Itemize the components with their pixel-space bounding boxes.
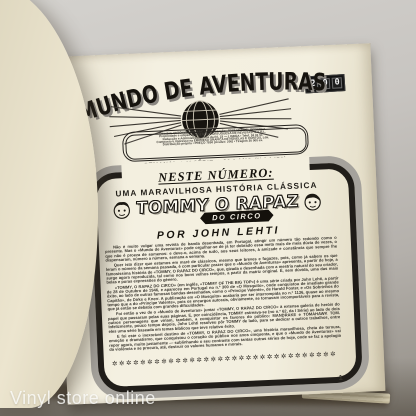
magazine-first-page: 11 2 0 0 MUNDO DE AVENTURAS MUNDO DE AVE… — [53, 43, 386, 405]
tommy-face-left-icon — [111, 200, 131, 220]
watermark: Vinyl store online — [10, 388, 156, 409]
page-number: 1 — [339, 375, 343, 382]
magazine-photo: 11 2 0 0 MUNDO DE AVENTURAS MUNDO DE AVE… — [0, 0, 416, 416]
editorial-text: Não é muito vulgar uma revista de banda … — [105, 236, 342, 356]
tommy-face-right-icon — [303, 191, 323, 211]
